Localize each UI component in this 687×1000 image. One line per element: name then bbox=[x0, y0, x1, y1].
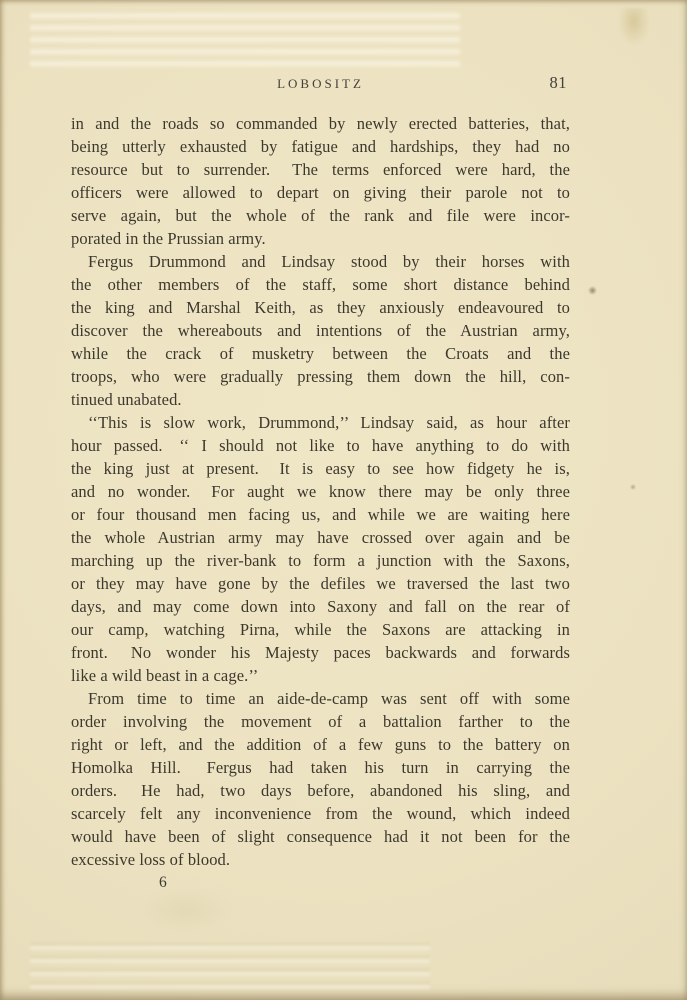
text-line: being utterly exhausted by fatigue and h… bbox=[71, 135, 570, 158]
ink-dot bbox=[588, 286, 597, 295]
text-line: serve again, but the whole of the rank a… bbox=[71, 204, 570, 227]
page-number: 81 bbox=[550, 73, 568, 93]
text-line: marching up the river-bank to form a jun… bbox=[71, 549, 570, 572]
text-line: scarcely felt any inconvenience from the… bbox=[71, 802, 570, 825]
text-block: in and the roads so commanded by newly e… bbox=[71, 112, 570, 894]
text-line: excessive loss of blood. bbox=[71, 848, 570, 871]
text-line: officers were allowed to depart on givin… bbox=[71, 181, 570, 204]
text-line: the king and Marshal Keith, as they anxi… bbox=[71, 296, 570, 319]
text-line: right or left, and the addition of a few… bbox=[71, 733, 570, 756]
text-line: the king just at present. It is easy to … bbox=[71, 457, 570, 480]
text-line: order involving the movement of a battal… bbox=[71, 710, 570, 733]
text-line: troops, who were gradually pressing them… bbox=[71, 365, 570, 388]
running-head-title: LOBOSITZ bbox=[277, 76, 364, 92]
text-line: our camp, watching Pirna, while the Saxo… bbox=[71, 618, 570, 641]
text-line: Fergus Drummond and Lindsay stood by the… bbox=[71, 250, 570, 273]
paper-smudge bbox=[138, 888, 233, 932]
text-line: orders. He had, two days before, abandon… bbox=[71, 779, 570, 802]
text-line: discover the whereabouts and intentions … bbox=[71, 319, 570, 342]
signature-mark: 6 bbox=[71, 871, 570, 894]
text-line: while the crack of musketry between the … bbox=[71, 342, 570, 365]
text-line: porated in the Prussian army. bbox=[71, 227, 570, 250]
paper-streaks-top bbox=[30, 12, 460, 70]
book-page: LOBOSITZ 81 in and the roads so commande… bbox=[0, 0, 687, 1000]
text-line: ‘‘This is slow work, Drummond,’’ Lindsay… bbox=[71, 411, 570, 434]
paragraph-dialogue: ‘‘This is slow work, Drummond,’’ Lindsay… bbox=[71, 411, 570, 687]
text-line: would have been of slight consequence ha… bbox=[71, 825, 570, 848]
ink-dot-small bbox=[630, 484, 636, 490]
text-line: the whole Austrian army may have crossed… bbox=[71, 526, 570, 549]
paragraph: From time to time an aide-de-camp was se… bbox=[71, 687, 570, 871]
paper-stain bbox=[618, 8, 650, 46]
text-line: tinued unabated. bbox=[71, 388, 570, 411]
text-line: or they may have gone by the defiles we … bbox=[71, 572, 570, 595]
text-line: Homolka Hill. Fergus had taken his turn … bbox=[71, 756, 570, 779]
running-head: LOBOSITZ 81 bbox=[71, 76, 570, 96]
text-line: or four thousand men facing us, and whil… bbox=[71, 503, 570, 526]
text-line: hour passed. ‘‘ I should not like to hav… bbox=[71, 434, 570, 457]
text-line: like a wild beast in a cage.’’ bbox=[71, 664, 570, 687]
text-line: and no wonder. For aught we know there m… bbox=[71, 480, 570, 503]
text-line: the other members of the staff, some sho… bbox=[71, 273, 570, 296]
text-line: resource but to surrender. The terms enf… bbox=[71, 158, 570, 181]
paragraph: Fergus Drummond and Lindsay stood by the… bbox=[71, 250, 570, 411]
text-line: From time to time an aide-de-camp was se… bbox=[71, 687, 570, 710]
paragraph-continuation: in and the roads so commanded by newly e… bbox=[71, 112, 570, 250]
paper-streaks-bottom bbox=[30, 942, 430, 994]
text-line: in and the roads so commanded by newly e… bbox=[71, 112, 570, 135]
text-line: days, and may come down into Saxony and … bbox=[71, 595, 570, 618]
text-line: front. No wonder his Majesty paces backw… bbox=[71, 641, 570, 664]
